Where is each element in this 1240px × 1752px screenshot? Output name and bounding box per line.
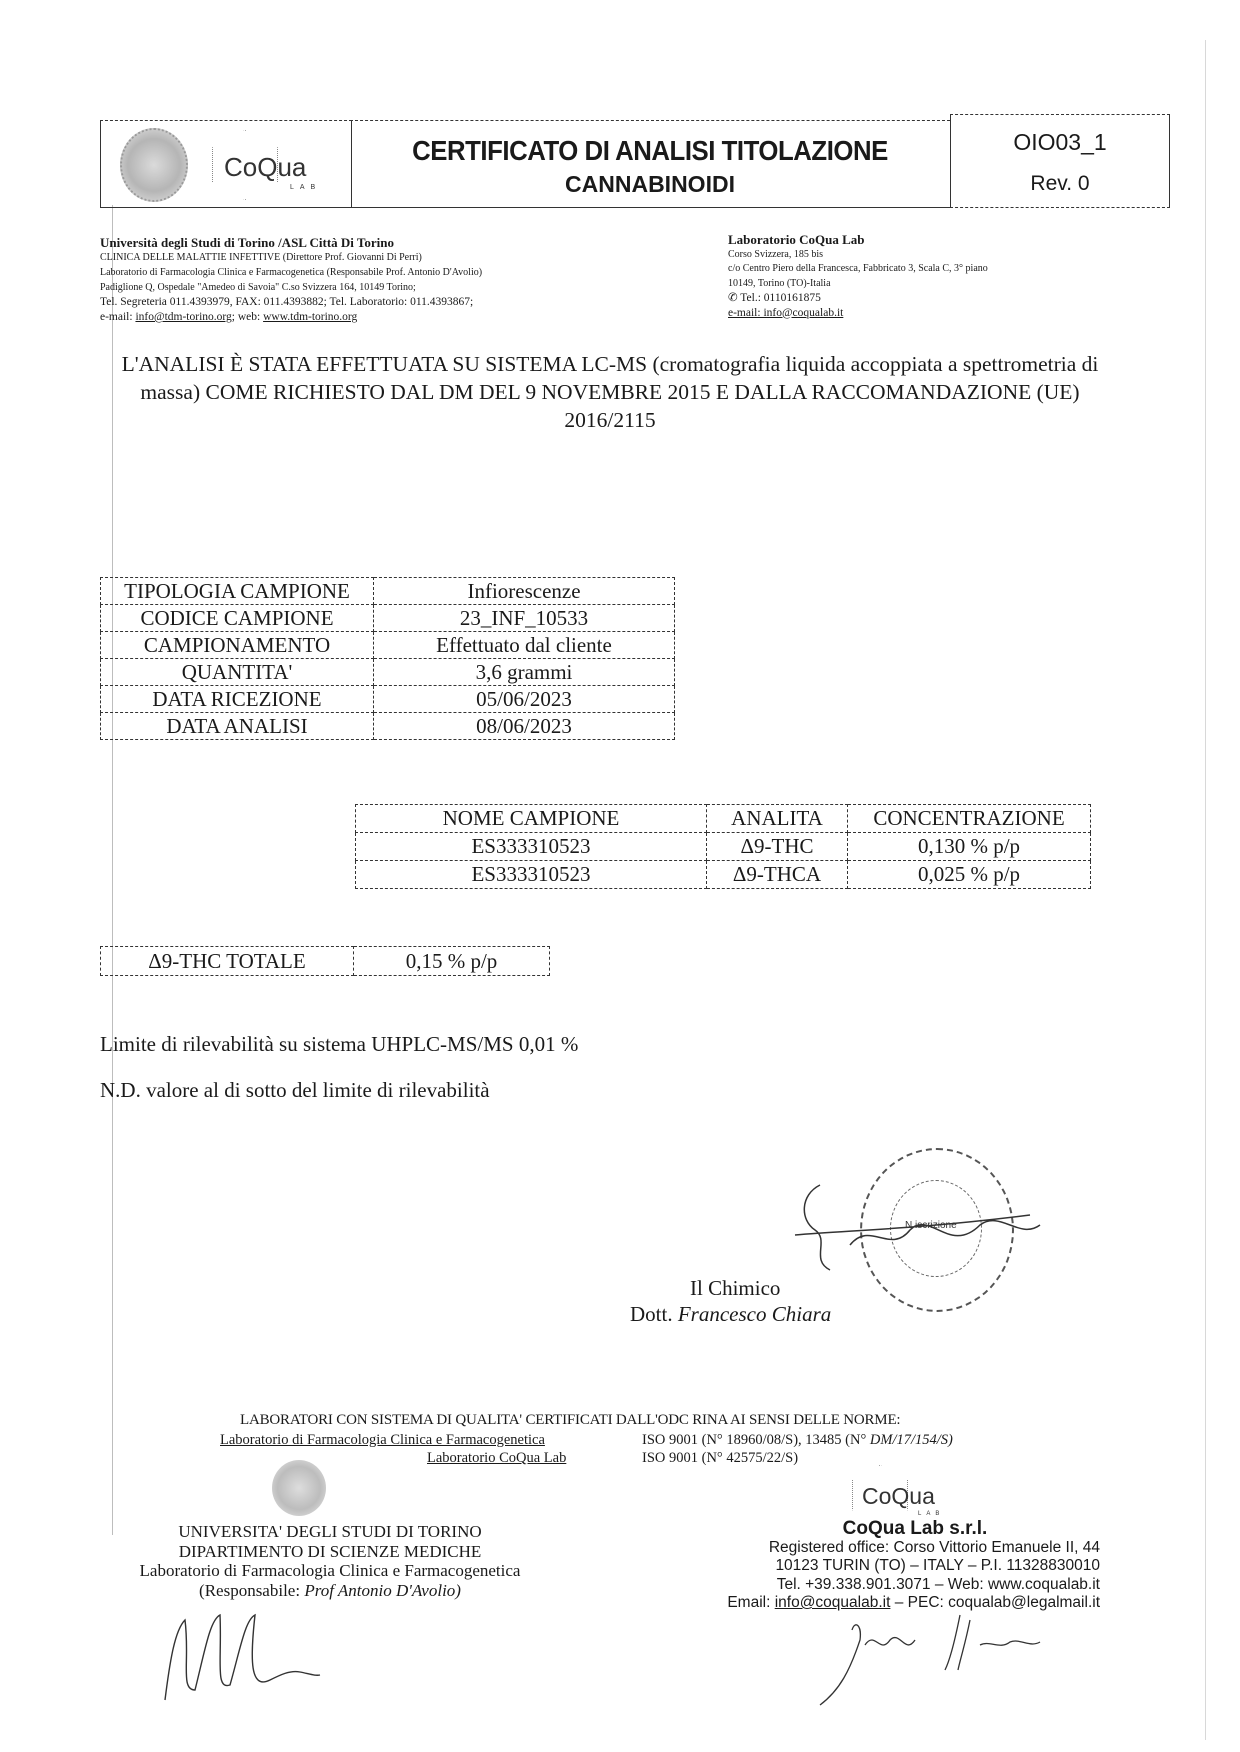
lab-email-link[interactable]: e-mail: info@coqualab.it [728,306,988,321]
row-label: DATA RICEZIONE [101,686,374,713]
header-title-box: CERTIFICATO DI ANALISI TITOLAZIONE CANNA… [350,120,950,208]
column-header: ANALITA [707,805,848,833]
table-row: ES333310523 Δ9-THCA 0,025 % p/p [356,861,1091,889]
certified-lab-2-iso: ISO 9001 (N° 42575/22/S) [642,1450,798,1467]
sample-name-cell: ES333310523 [356,833,707,861]
detection-limit-note: Limite di rilevabilità su sistema UHPLC-… [100,1032,578,1057]
document-subtitle: CANNABINOIDI [350,171,950,198]
university-seal-icon [120,128,188,202]
responsible-label: (Responsabile: [199,1581,304,1600]
total-thc-table: Δ9-THC TOTALE 0,15 % p/p [100,946,550,976]
nd-note: N.D. valore al di sotto del limite di ri… [100,1078,490,1103]
sample-name-cell: ES333310523 [356,861,707,889]
table-row: Δ9-THC TOTALE 0,15 % p/p [101,947,550,976]
row-value: 08/06/2023 [374,713,675,740]
scan-edge-left [112,205,113,1535]
results-table: NOME CAMPIONE ANALITA CONCENTRAZIONE ES3… [355,804,1091,889]
lab-name-footer: Laboratorio di Farmacologia Clinica e Fa… [110,1561,550,1581]
certified-lab-2: Laboratorio CoQua Lab [427,1450,566,1467]
responsible-name: Prof Antonio D'Avolio) [304,1581,461,1600]
row-label: DATA ANALISI [101,713,374,740]
certified-lab-1: Laboratorio di Farmacologia Clinica e Fa… [220,1432,545,1449]
logo-subtext: LAB [918,1511,944,1517]
document-code: OIO03_1 [951,129,1169,156]
row-value: Infiorescenze [374,578,675,605]
row-value: Effettuato dal cliente [374,632,675,659]
header-code-box: OIO03_1 Rev. 0 [950,114,1170,208]
table-row: ES333310523 Δ9-THC 0,130 % p/p [356,833,1091,861]
column-header: NOME CAMPIONE [356,805,707,833]
row-label: CODICE CAMPIONE [101,605,374,632]
clinic-line: CLINICA DELLE MALATTIE INFETTIVE (Dirett… [100,250,482,265]
iso-text-italic: DM/17/154/S) [870,1432,953,1448]
row-label: TIPOLOGIA CAMPIONE [101,578,374,605]
email-link[interactable]: info@tdm-torino.org [135,311,231,323]
column-header: CONCENTRAZIONE [848,805,1091,833]
table-row: CAMPIONAMENTOEffettuato dal cliente [101,632,675,659]
coqua-footer-logo: CoQua LAB [852,1465,962,1525]
university-seal-footer-icon [272,1460,326,1516]
lab-phone: ✆ Tel.: 0110161875 [728,291,988,306]
signatory-fullname: Francesco Chiara [678,1302,831,1326]
table-row: CODICE CAMPIONE23_INF_10533 [101,605,675,632]
lab-street: Corso Svizzera, 185 bis [728,248,988,263]
coqua-logo: CoQua LAB [212,130,332,200]
table-row: QUANTITA'3,6 grammi [101,659,675,686]
signatory-role: Il Chimico [690,1276,780,1301]
university-address: Università degli Studi di Torino /ASL Ci… [100,235,482,325]
table-row: DATA ANALISI08/06/2023 [101,713,675,740]
row-value: 23_INF_10533 [374,605,675,632]
row-label: QUANTITA' [101,659,374,686]
contact-line: e-mail: info@tdm-torino.org; web: www.td… [100,310,482,325]
table-row: TIPOLOGIA CAMPIONEInfiorescenze [101,578,675,605]
document-revision: Rev. 0 [951,172,1169,196]
signatory-title: Dott. [630,1302,678,1326]
table-row: DATA RICEZIONE05/06/2023 [101,686,675,713]
total-value: 0,15 % p/p [354,947,550,976]
row-value: 3,6 grammi [374,659,675,686]
row-value: 05/06/2023 [374,686,675,713]
signatory-name: Dott. Francesco Chiara [630,1302,831,1327]
company-name: CoQua Lab s.r.l. [730,1520,1100,1539]
department-name: DIPARTIMENTO DI SCIENZE MEDICHE [110,1542,550,1562]
logo-text: CoQua [862,1483,935,1510]
university-footer-block: UNIVERSITA' DEGLI STUDI DI TORINO DIPART… [110,1522,550,1600]
lab-city: 10149, Torino (TO)-Italia [728,277,988,292]
university-name: Università degli Studi di Torino /ASL Ci… [100,235,482,250]
certification-heading: LABORATORI CON SISTEMA DI QUALITA' CERTI… [240,1412,900,1429]
logo-text: CoQua [224,152,306,183]
company-phone-web: Tel. +39.338.901.3071 – Web: www.coquala… [650,1576,1100,1595]
concentration-cell: 0,130 % p/p [848,833,1091,861]
analyte-cell: Δ9-THC [707,833,848,861]
phone-line: Tel. Segreteria 011.4393979, FAX: 011.43… [100,295,482,310]
sample-info-table: TIPOLOGIA CAMPIONEInfiorescenze CODICE C… [100,577,675,740]
company-footer-block: CoQua Lab s.r.l. Registered office: Cors… [650,1520,1100,1613]
address-line: Padiglione Q, Ospedale "Amedeo di Savoia… [100,280,482,295]
email-label: e-mail: [100,311,135,323]
university-name-footer: UNIVERSITA' DEGLI STUDI DI TORINO [110,1522,550,1542]
analyte-cell: Δ9-THCA [707,861,848,889]
company-signature-icon [810,1600,1070,1710]
analysis-statement: L'ANALISI È STATA EFFETTUATA SU SISTEMA … [120,350,1100,434]
row-label: CAMPIONAMENTO [101,632,374,659]
web-link[interactable]: www.tdm-torino.org [263,311,357,323]
iso-text: ISO 9001 (N° 18960/08/S), 13485 (N° [642,1432,870,1448]
scan-edge-right [1205,40,1206,1740]
lab-building: c/o Centro Piero della Francesca, Fabbri… [728,262,988,277]
chemist-signature-icon [790,1160,1050,1280]
company-city-vat: 10123 TURIN (TO) – ITALY – P.I. 11328830… [650,1557,1100,1576]
email-label: Email: [727,1594,774,1611]
company-registered-office: Registered office: Corso Vittorio Emanue… [650,1539,1100,1558]
professor-signature-icon [150,1600,350,1710]
web-label: ; web: [232,311,263,323]
responsible-line: (Responsabile: Prof Antonio D'Avolio) [110,1581,550,1601]
table-header-row: NOME CAMPIONE ANALITA CONCENTRAZIONE [356,805,1091,833]
concentration-cell: 0,025 % p/p [848,861,1091,889]
lab-name: Laboratorio CoQua Lab [728,233,988,248]
document-title: CERTIFICATO DI ANALISI TITOLAZIONE [374,135,926,167]
lab-address: Laboratorio CoQua Lab Corso Svizzera, 18… [728,233,988,320]
certified-lab-1-iso: ISO 9001 (N° 18960/08/S), 13485 (N° DM/1… [642,1432,953,1449]
logo-subtext: LAB [290,184,321,191]
lab-line: Laboratorio di Farmacologia Clinica e Fa… [100,265,482,280]
total-label: Δ9-THC TOTALE [101,947,354,976]
